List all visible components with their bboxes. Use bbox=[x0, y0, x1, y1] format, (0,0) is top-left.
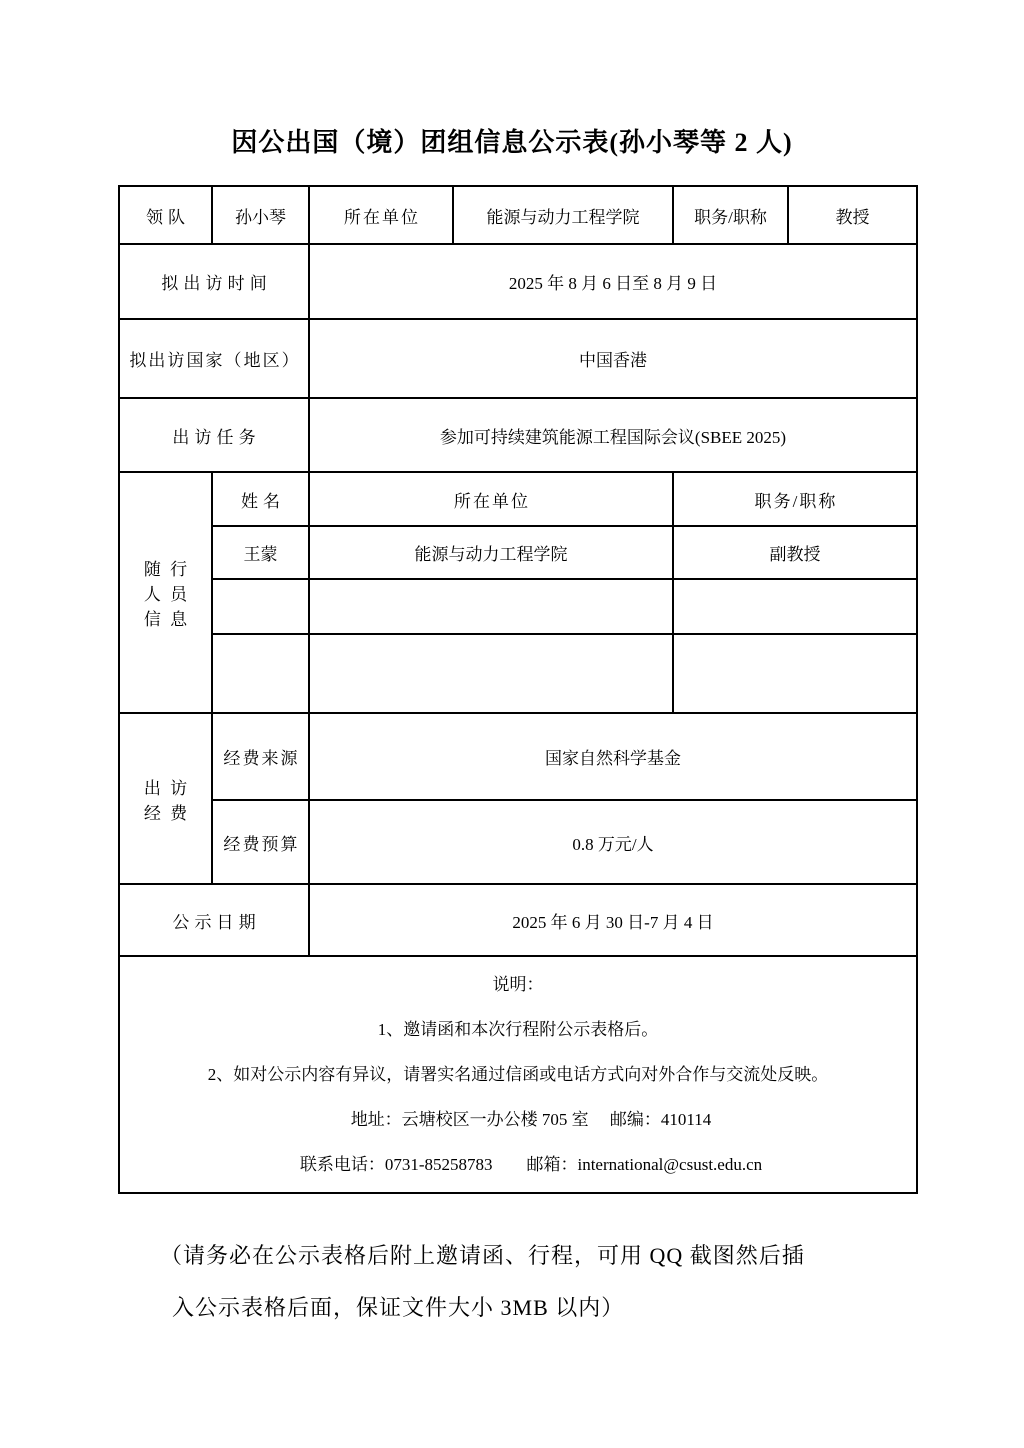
companion-name bbox=[212, 634, 309, 713]
table-row: 公示日期 2025 年 6 月 30 日-7 月 4 日 bbox=[119, 884, 917, 956]
companion-name bbox=[212, 579, 309, 634]
leader-label: 领队 bbox=[119, 186, 212, 244]
table-row: 拟出访时间 2025 年 8 月 6 日至 8 月 9 日 bbox=[119, 244, 917, 319]
table-row: 领队 孙小琴 所在单位 能源与动力工程学院 职务/职称 教授 bbox=[119, 186, 917, 244]
funding-section-label: 出访 经费 bbox=[119, 713, 212, 884]
leader-post-label: 职务/职称 bbox=[673, 186, 788, 244]
table-row: 随行 人员 信息 姓名 所在单位 职务/职称 bbox=[119, 472, 917, 526]
destination-label: 拟出访国家（地区） bbox=[119, 319, 309, 398]
companion-post bbox=[673, 634, 917, 713]
companion-post-header: 职务/职称 bbox=[673, 472, 917, 526]
companion-unit bbox=[309, 579, 673, 634]
table-row: 拟出访国家（地区） 中国香港 bbox=[119, 319, 917, 398]
companion-unit bbox=[309, 634, 673, 713]
table-row bbox=[119, 634, 917, 713]
companion-unit: 能源与动力工程学院 bbox=[309, 526, 673, 579]
companion-unit-header: 所在单位 bbox=[309, 472, 673, 526]
leader-name: 孙小琴 bbox=[212, 186, 309, 244]
notes-contact: 联系电话：0731-85258783 邮箱：international@csus… bbox=[120, 1142, 916, 1187]
destination-value: 中国香港 bbox=[309, 319, 917, 398]
funding-budget-value: 0.8 万元/人 bbox=[309, 800, 917, 884]
visit-time-label: 拟出访时间 bbox=[119, 244, 309, 319]
leader-unit-value: 能源与动力工程学院 bbox=[453, 186, 673, 244]
leader-post-value: 教授 bbox=[788, 186, 917, 244]
table-row bbox=[119, 579, 917, 634]
funding-source-value: 国家自然科学基金 bbox=[309, 713, 917, 800]
table-row: 出访 经费 经费来源 国家自然科学基金 bbox=[119, 713, 917, 800]
notes-item-2: 2、如对公示内容有异议，请署实名通过信函或电话方式向对外合作与交流处反映。 bbox=[120, 1052, 916, 1097]
table-row: 说明： 1、邀请函和本次行程附公示表格后。 2、如对公示内容有异议，请署实名通过… bbox=[119, 956, 917, 1193]
page-title: 因公出国（境）团组信息公示表(孙小琴等 2 人) bbox=[0, 122, 1024, 159]
companion-post: 副教授 bbox=[673, 526, 917, 579]
mission-value: 参加可持续建筑能源工程国际会议(SBEE 2025) bbox=[309, 398, 917, 472]
table-row: 出访任务 参加可持续建筑能源工程国际会议(SBEE 2025) bbox=[119, 398, 917, 472]
notes-item-1: 1、邀请函和本次行程附公示表格后。 bbox=[120, 1007, 916, 1052]
footer-instruction: （请务必在公示表格后附上邀请函、行程，可用 QQ 截图然后插 入公示表格后面，保… bbox=[160, 1230, 805, 1334]
table-row: 王蒙 能源与动力工程学院 副教授 bbox=[119, 526, 917, 579]
publicity-date-value: 2025 年 6 月 30 日-7 月 4 日 bbox=[309, 884, 917, 956]
publicity-date-label: 公示日期 bbox=[119, 884, 309, 956]
notes-heading: 说明： bbox=[120, 962, 916, 1007]
footer-instruction-line-2: 入公示表格后面，保证文件大小 3MB 以内） bbox=[160, 1282, 805, 1334]
funding-source-label: 经费来源 bbox=[212, 713, 309, 800]
footer-instruction-line-1: （请务必在公示表格后附上邀请函、行程，可用 QQ 截图然后插 bbox=[160, 1230, 805, 1282]
visit-time-value: 2025 年 8 月 6 日至 8 月 9 日 bbox=[309, 244, 917, 319]
leader-unit-label: 所在单位 bbox=[309, 186, 453, 244]
mission-label: 出访任务 bbox=[119, 398, 309, 472]
companion-post bbox=[673, 579, 917, 634]
companions-section-label: 随行 人员 信息 bbox=[119, 472, 212, 713]
companion-name-header: 姓名 bbox=[212, 472, 309, 526]
notes-address: 地址：云塘校区一办公楼 705 室 邮编：410114 bbox=[120, 1097, 916, 1142]
funding-budget-label: 经费预算 bbox=[212, 800, 309, 884]
table-row: 经费预算 0.8 万元/人 bbox=[119, 800, 917, 884]
companion-name: 王蒙 bbox=[212, 526, 309, 579]
document-page: 因公出国（境）团组信息公示表(孙小琴等 2 人) 领队 孙小琴 所在单位 能源与… bbox=[0, 0, 1024, 1448]
trip-info-table: 领队 孙小琴 所在单位 能源与动力工程学院 职务/职称 教授 拟出访时间 202… bbox=[118, 185, 918, 1194]
notes-cell: 说明： 1、邀请函和本次行程附公示表格后。 2、如对公示内容有异议，请署实名通过… bbox=[119, 956, 917, 1193]
